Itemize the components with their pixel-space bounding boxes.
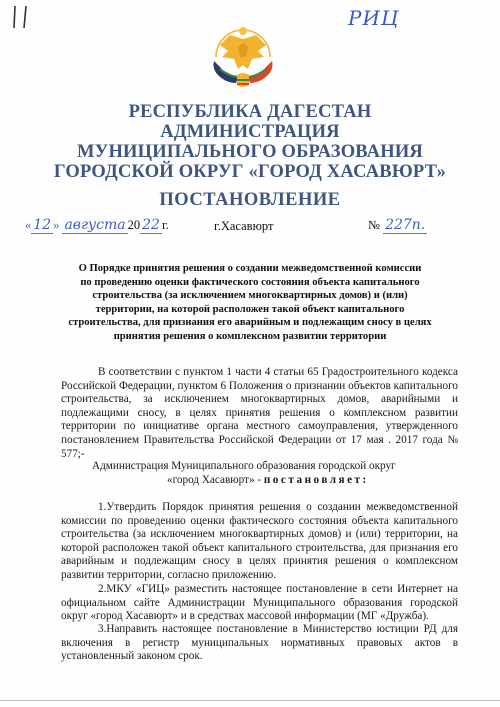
issue-date: «12» августа2022г. [25,217,169,233]
header-line-city: ГОРОДСКОЙ ОКРУГ «ГОРОД ХАСАВЮРТ» [0,162,500,182]
header-line-administration: АДМИНИСТРАЦИЯ [0,122,500,142]
document-number-value: 227п. [383,217,427,234]
issuer-header: РЕСПУБЛИКА ДАГЕСТАН АДМИНИСТРАЦИЯ МУНИЦИ… [0,102,500,182]
resolution-item-3: 3.Направить настоящее постановление в Ми… [61,623,458,664]
issue-city: г.Хасавюрт [214,219,273,234]
document-page: РИЦ РЕСПУБЛИКА ДАГЕСТАН АДМИНИСТРАЦИЯ МУ… [0,0,500,707]
pen-stroke-icon [11,4,35,30]
resolution-item-2: 2.МКУ «ГИЦ» разместить настоящее постано… [61,583,458,624]
coat-of-arms-icon [208,17,278,89]
corner-mark [11,4,35,35]
handwritten-initials: РИЦ [348,6,399,30]
document-title: О Порядке принятия решения о создании ме… [40,262,460,343]
document-type-heading: ПОСТАНОВЛЕНИЕ [0,190,500,211]
date-day: 12 [31,217,53,234]
date-year-suffix: 22 [140,217,162,234]
scan-edge-line [0,700,500,701]
header-line-republic: РЕСПУБЛИКА ДАГЕСТАН [0,102,500,122]
resolving-clause: Администрация Муниципального образования… [92,460,396,487]
date-number-line: «12» августа2022г. г.Хасавюрт № 227п. [25,215,485,239]
header-line-municipal: МУНИЦИПАЛЬНОГО ОБРАЗОВАНИЯ [0,142,500,162]
date-year-prefix: 20 [128,218,141,232]
document-number: № 227п. [368,217,427,233]
resolves-word: постановляет: [264,474,369,486]
resolution-item-1: 1.Утвердить Порядок принятия решения о с… [61,501,458,583]
preamble-paragraph: В соответствии с пунктом 1 части 4 стать… [61,366,458,461]
date-month: августа [62,217,127,234]
